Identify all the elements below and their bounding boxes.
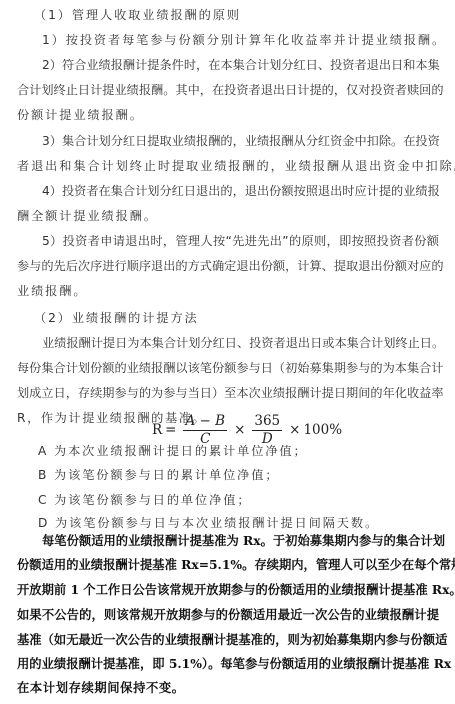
section1-heading: （1）管理人收取业绩报酬的原则: [34, 7, 241, 23]
benchmark-line-3: 开放期前 1 个工作日公告该常规开放期参与的份额适用的业绩报酬计提基准 Rx。: [17, 582, 439, 598]
definition-b: B 为该笔份额参与日的累计单位净值；: [38, 467, 279, 483]
fraction-1-numerator: A − B: [183, 414, 227, 431]
rule-5-line-1: 5）投资者申请退出时，管理人按“先进先出”的原则，即按照投资者份额: [42, 233, 439, 249]
rule-3-line-1: 3）集合计划分红日提取业绩报酬的，业绩报酬从分红资金中扣除。在投资: [42, 133, 439, 149]
definition-d: D 为该笔份额参与日与本次业绩报酬计提日间隔天数。: [38, 515, 379, 531]
method-line-2: 每份集合计划份额的业绩报酬以该笔份额参与日（初始募集期参与的为本集合计: [17, 360, 439, 376]
rule-4-line-1: 4）投资者在集合计划分红日退出的，退出份额按照退出时应计提的业绩报: [42, 183, 439, 199]
rule-2-line-1: 2）符合业绩报酬计提条件时，在本集合计划分红日、投资者退出日和本集: [42, 57, 439, 73]
rule-4-line-2: 酬全额计提业绩报酬。: [17, 208, 158, 224]
formula-equals: =: [165, 422, 176, 438]
rule-5-line-2: 参与的先后次序进行顺序退出的方式确定退出份额，计算、提取退出份额对应的: [17, 258, 439, 274]
rule-2-line-2: 合计划终止日计提业绩报酬。其中，在投资者退出日计提的，仅对投资者赎回的: [17, 82, 439, 98]
formula-times-2: ×: [289, 422, 300, 438]
formula-fraction-2: 365 D: [252, 414, 282, 447]
rule-2-line-3: 份额计提业绩报酬。: [17, 107, 144, 123]
rule-3-line-2: 者退出和集合计划终止时提取业绩报酬的，业绩报酬从退出资金中扣除。: [17, 158, 455, 174]
rule-1-line-1: 1）按投资者每笔参与份额分别计算年化收益率并计提业绩报酬。: [42, 32, 446, 48]
definition-c: C 为该笔份额参与日的单位净值；: [38, 492, 251, 508]
benchmark-line-7: 在本计划存续期间保持不变。: [17, 680, 185, 696]
fraction-2-numerator: 365: [252, 414, 282, 431]
benchmark-line-1: 每笔份额适用的业绩报酬计提基准为 Rx。于初始募集期内参与的集合计划: [42, 533, 439, 549]
formula-times-1: ×: [234, 422, 245, 438]
method-line-3: 划成立日，存续期参与的为参与当日）至本次业绩报酬计提日期间的年化收益率: [17, 385, 439, 401]
benchmark-line-5: 基准（如无最近一次公告的业绩报酬计提基准的，则为初始募集期内参与份额适: [17, 632, 439, 648]
section2-heading: （2）业绩报酬的计提方法: [34, 310, 199, 326]
formula-fraction-1: A − B C: [183, 414, 227, 447]
definition-a: A 为本次业绩报酬计提日的累计单位净值；: [38, 443, 308, 459]
benchmark-line-2: 份额适用的业绩报酬计提基准 Rx=5.1%。存续期内，管理人可以至少在每个常规: [17, 557, 439, 573]
benchmark-line-6: 用的业绩报酬计提基准，即 5.1%）。每笔参与份额适用的业绩报酬计提基准 Rx: [17, 656, 439, 672]
rule-5-line-3: 业绩报酬。: [17, 283, 87, 299]
benchmark-line-4: 如果不公告的，则该常规开放期参与的份额适用最近一次公告的业绩报酬计提: [17, 607, 439, 623]
formula-lhs: R: [152, 422, 162, 438]
method-line-1: 业绩报酬计提日为本集合计划分红日、投资者退出日或本集合计划终止日。: [42, 335, 439, 351]
formula-tail: 100%: [303, 422, 342, 438]
